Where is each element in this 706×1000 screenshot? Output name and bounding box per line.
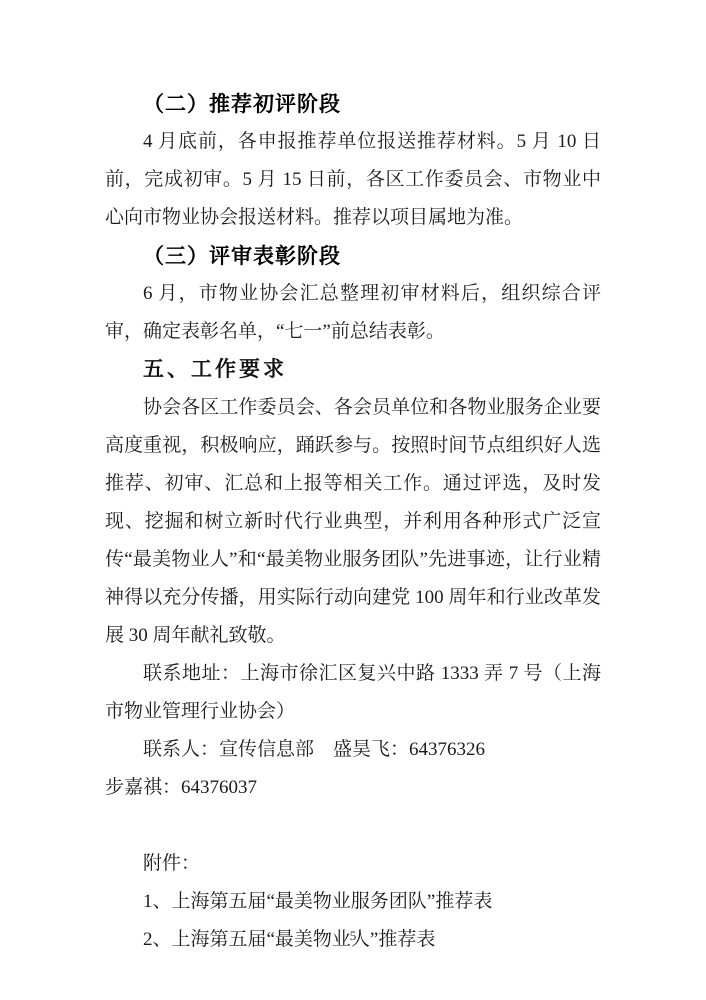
contact-address-line: 联系地址：上海市徐汇区复兴中路 1333 弄 7 号（上海市物业管理行业协会） <box>105 655 601 731</box>
document-content: （二）推荐初评阶段 4 月底前，各申报推荐单位报送推荐材料。5 月 10 日前，… <box>105 85 601 959</box>
section-3-paragraph: 6 月，市物业协会汇总整理初审材料后，组织综合评审，确定表彰名单，“七一”前总结… <box>105 275 601 351</box>
section-3-heading: （三）评审表彰阶段 <box>105 237 601 275</box>
attachments-label: 附件： <box>105 845 601 883</box>
attachment-item-1: 1、上海第五届“最美物业服务团队”推荐表 <box>105 883 601 921</box>
contact-person-line-2: 步嘉祺：64376037 <box>105 769 601 807</box>
contact-person-line: 联系人：宣传信息部 盛昊飞：64376326 <box>105 731 601 769</box>
document-page: （二）推荐初评阶段 4 月底前，各申报推荐单位报送推荐材料。5 月 10 日前，… <box>0 0 706 1000</box>
section-2-paragraph: 4 月底前，各申报推荐单位报送推荐材料。5 月 10 日前，完成初审。5 月 1… <box>105 123 601 237</box>
section-2-heading: （二）推荐初评阶段 <box>105 85 601 123</box>
page-number: 5 <box>0 928 706 944</box>
section-5-heading: 五、工作要求 <box>105 351 601 389</box>
section-5-paragraph: 协会各区工作委员会、各会员单位和各物业服务企业要高度重视，积极响应，踊跃参与。按… <box>105 389 601 655</box>
